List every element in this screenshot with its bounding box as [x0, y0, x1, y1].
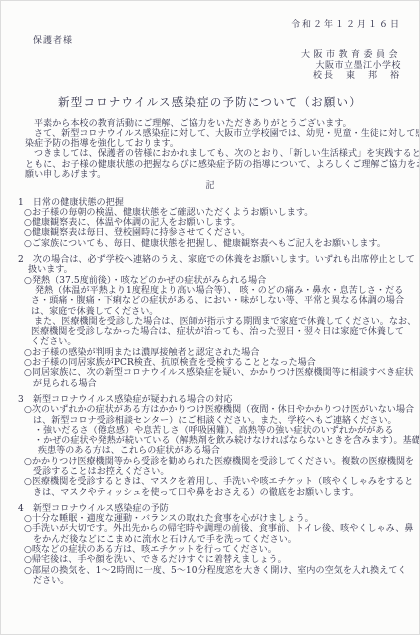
- intro-line: 願い申しあげます。: [1, 170, 419, 180]
- section-2-heading-cont: 扱います。: [1, 265, 419, 275]
- document-body: 平素から本校の教育活動にご理解、ご協力をいただきありがとうございます。さて、新型…: [1, 119, 419, 587]
- bullet-item: ○お子様の同居家族がPCR検査、抗原検査を受検することとなった場合: [1, 358, 419, 368]
- sender-school: 大阪市立墨江小学校: [1, 61, 401, 72]
- section-1-heading: 1 日常の健康状態の把握: [1, 198, 419, 208]
- intro-line: さて、新型コロナウイルス感染症に対して、大阪市立学校園では、幼児・児童・生徒に対…: [1, 129, 419, 139]
- section-2-heading: 2 次の場合は、必ず学校へ連絡のうえ、家庭での休養をお願いします。いずれも出席停…: [1, 255, 419, 265]
- sub-paragraph: 医療機関を受診しなかった場合は、症状が治っても、治った翌日・翌々日は家庭で休養し…: [1, 327, 419, 337]
- dash-item-cont: 疾患等のある方は、これらの症状がある場合: [1, 446, 419, 456]
- bullet-item: ○発熱（37.5度前後）・咳などのかぜの症状がみられる場合: [1, 276, 419, 286]
- sub-paragraph: ください。: [1, 337, 419, 347]
- bullet-item: ○十分な睡眠・適度な運動・バランスの取れた食事を心がけましょう。: [1, 514, 419, 524]
- bullet-item-cont: をかんだ後などにこまめに流水と石けんで手を洗ってください。: [1, 535, 419, 545]
- section-4-heading: 4 新型コロナウイルス感染症の予防: [1, 504, 419, 514]
- bullet-item: ○帰宅後は、手や顔を洗い、できるだけすぐに着替えましょう。: [1, 555, 419, 565]
- bullet-item: ○健康観察表は毎日、登校園時に持参させてください。: [1, 228, 419, 238]
- sub-paragraph: また、医療機関を受診した場合は、医師が指示する期間まで家庭で休養してください。な…: [1, 317, 419, 327]
- bullet-item: ○かかりつけ医療機関等から受診を勧められた医療機関を受診してください。複数の医療…: [1, 457, 419, 467]
- sender-organization: 大阪市教育委員会: [1, 50, 401, 61]
- bullet-item: ○部屋の換気を、1～2時間に一度、5～10分程度窓を大きく開け、室内の空気を入れ…: [1, 566, 419, 576]
- bullet-item: ○健康観察表に、体温や体調の記入をお願いします。: [1, 218, 419, 228]
- bullet-item: ○同居家族に、次の新型コロナウイルス感染症を疑い、かかりつけ医療機関等に相談すべ…: [1, 368, 419, 378]
- bullet-item-cont: が見られる場合: [1, 379, 419, 389]
- ki-marker: 記: [1, 181, 419, 191]
- document-page: 令和２年１２月１６日 保護者様 大阪市教育委員会 大阪市立墨江小学校 校長 東 …: [0, 0, 420, 635]
- bullet-item: ○次のいずれかの症状がある方はかかりつけ医療機関（夜間・休日やかかりつけ医がいな…: [1, 405, 419, 415]
- intro-line: 平素から本校の教育活動にご理解、ご協力をいただきありがとうございます。: [1, 119, 419, 129]
- bullet-item-cont: は、新型コロナ受診相談センター）にご相談ください。また、学校へもご連絡ください。: [1, 416, 419, 426]
- sender-principal: 校長 東 邦 裕: [1, 71, 401, 82]
- intro-line: ともに、お子様の健康状態の把握ならびに感染症予防の指導について、よろしくご理解ご…: [1, 160, 419, 170]
- bullet-item: ○咳などの症状のある方は、咳エチケットを行ってください。: [1, 545, 419, 555]
- dash-item: ・かぜの症状や発熱が続いている（解熱剤を飲み続けなければならないときを含みます）…: [1, 436, 419, 446]
- bullet-item-cont: ださい。: [1, 576, 419, 586]
- recipient-label: 保護者様: [1, 33, 419, 46]
- dash-item: ・強いだるさ（倦怠感）や息苦しさ（呼吸困難）、高熱等の強い症状のいずれかががある: [1, 426, 419, 436]
- intro-line: つきましては、保護者の皆様におかれましても、次のとおり、「新しい生活様式」を実践…: [1, 149, 419, 159]
- bullet-item: ○手洗いが大切です。外出先からの帰宅時や調理の前後、食事前、トイレ後、咳やくしゃ…: [1, 524, 419, 534]
- bullet-item: ○お子様の毎朝の検温、健康状態をご確認いただくようお願いします。: [1, 208, 419, 218]
- document-title: 新型コロナウイルス感染症の予防について（お願い）: [1, 94, 419, 110]
- sender-block: 大阪市教育委員会 大阪市立墨江小学校 校長 東 邦 裕: [1, 50, 419, 82]
- bullet-item: ○医療機関を受診するときは、マスクを着用し、手洗いや咳エチケット（咳やくしゃみを…: [1, 477, 419, 487]
- document-date: 令和２年１２月１６日: [1, 17, 419, 30]
- bullet-item: ○お子様の感染が判明または濃厚接触者と認定された場合: [1, 348, 419, 358]
- intro-line: 染症予防の指導を強化しております。: [1, 139, 419, 149]
- sub-paragraph: は、家庭で休養してください。: [1, 307, 419, 317]
- sub-paragraph: さ・頭痛・腹痛・下痢などの症状がある、におい・味がしない等、平常と異なる体調の場…: [1, 296, 419, 306]
- bullet-item-cont: 受診することはお控えください。: [1, 467, 419, 477]
- sub-paragraph: 発熱（体温が平熱より1度程度より高い場合等）、 咳・のどの痛み・鼻水・息苦しさ・…: [1, 286, 419, 296]
- section-3-heading: 3 新型コロナウイルス感染症が疑われる場合の対応: [1, 395, 419, 405]
- bullet-item: ○ご家族についても、毎日、健康状態を把握し、健康観察表へもご記入をお願いします。: [1, 239, 419, 249]
- bullet-item-cont: きは、マスクやティッシュを使って口や鼻をおさえる）の徹底をお願いします。: [1, 488, 419, 498]
